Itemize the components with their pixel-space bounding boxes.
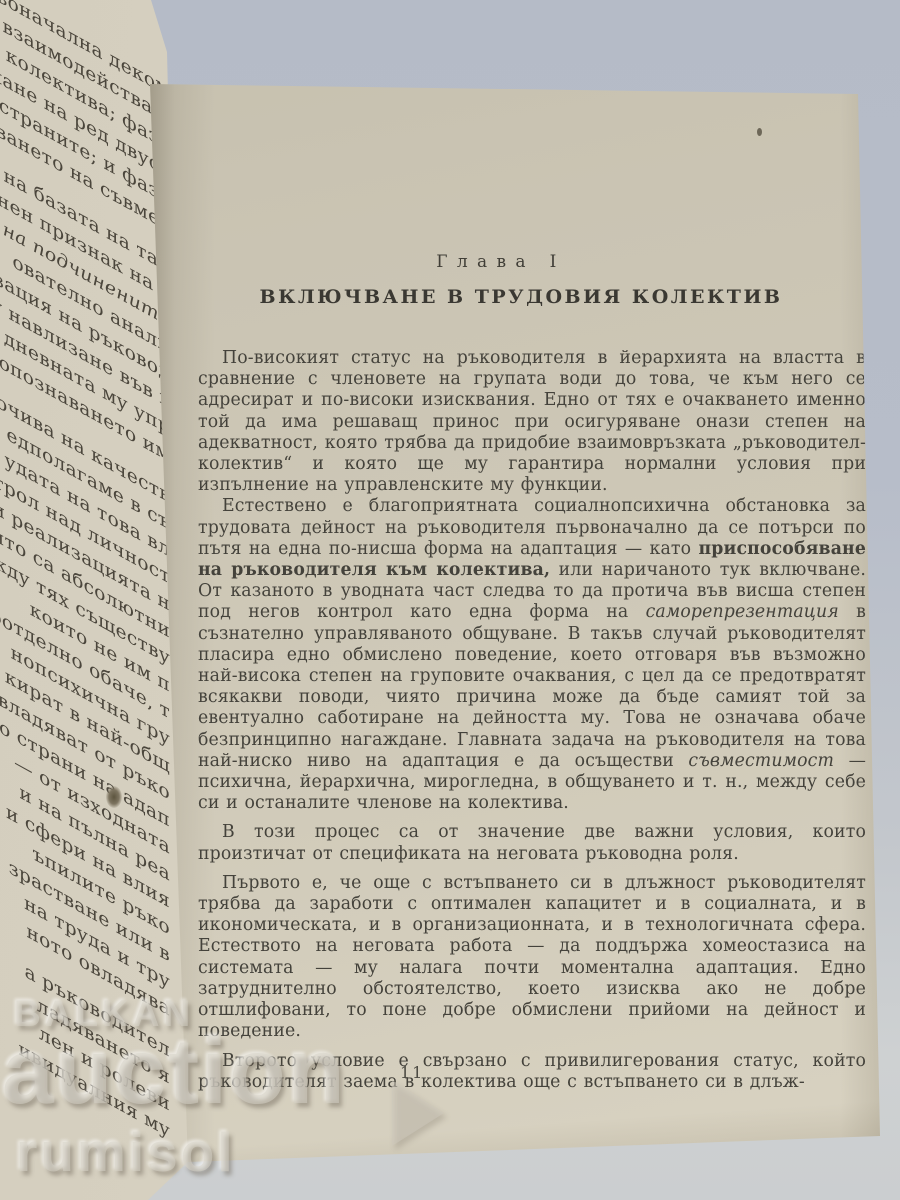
paragraph: В този процес са от значение две важни у… <box>198 822 866 864</box>
paragraph: Естествено е благоприятната социалнопсих… <box>198 496 866 814</box>
body-text: По-високият статус на ръководителя в йер… <box>198 348 866 1093</box>
watermark-arrow-icon <box>392 1080 444 1146</box>
watermark-auction: auction <box>2 1018 347 1125</box>
left-page-text: воначална декомвзаимодействащи колектива… <box>0 0 170 1146</box>
page-title: ВКЛЮЧВАНЕ В ТРУДОВИЯ КОЛЕКТИВ <box>196 286 846 308</box>
book-photo: воначална декомвзаимодействащи колектива… <box>0 0 900 1200</box>
paper-hole <box>106 786 122 808</box>
watermark-rumisol: rumisol <box>16 1120 236 1184</box>
chapter-heading: Глава I <box>196 252 806 272</box>
paragraph: По-високият статус на ръководителя в йер… <box>198 348 866 496</box>
paper-speck <box>757 128 762 136</box>
